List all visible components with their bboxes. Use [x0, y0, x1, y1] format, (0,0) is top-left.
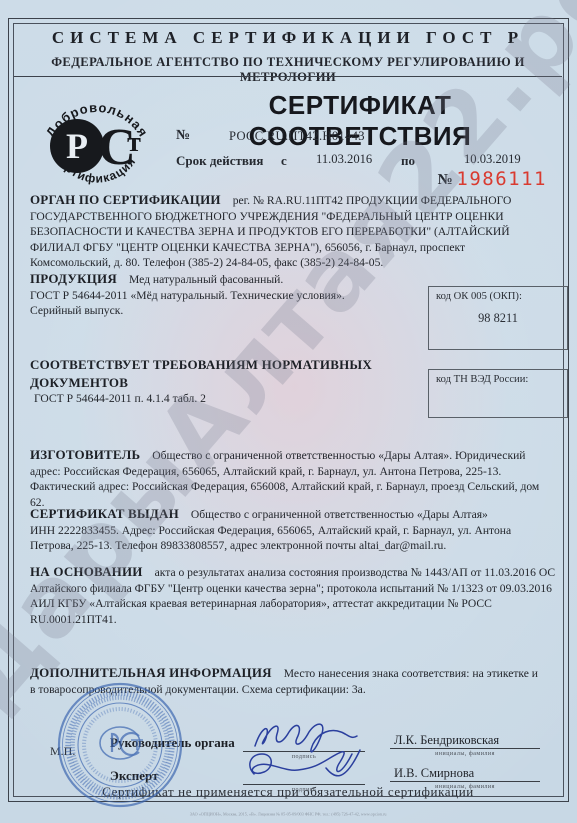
- conformity-text: ГОСТ Р 54644-2011 п. 4.1.4 табл. 2: [30, 391, 422, 407]
- cert-number-value: РОСС RU.ПТ42.Н01443: [229, 129, 365, 144]
- validity-from-date: 11.03.2016: [316, 152, 372, 167]
- blank-number-value: 1986111: [456, 168, 547, 190]
- product-line3: Серийный выпуск.: [30, 303, 422, 319]
- issued-to-line2: ИНН 2222833455. Адрес: Российская Федера…: [30, 523, 552, 554]
- okp-code-label: код ОК 005 (ОКП):: [429, 287, 567, 302]
- tnved-code-label: код ТН ВЭД России:: [429, 370, 567, 385]
- cert-number-label: №: [176, 128, 190, 144]
- conformity-label: СООТВЕТСТВУЕТ ТРЕБОВАНИЯМ НОРМАТИВНЫХ ДО…: [30, 357, 372, 390]
- header-agency: ФЕДЕРАЛЬНОЕ АГЕНТСТВО ПО ТЕХНИЧЕСКОМУ РЕ…: [14, 55, 562, 85]
- validity-from-prep: с: [281, 153, 287, 169]
- header-system-title: СИСТЕМА СЕРТИФИКАЦИИ ГОСТ Р: [14, 28, 562, 48]
- logo-letter-r: Р: [66, 126, 88, 166]
- blank-number: № 1986111: [438, 168, 547, 190]
- section-manufacturer: ИЗГОТОВИТЕЛЬОбщество с ограниченной отве…: [30, 446, 552, 510]
- okp-code-value: 98 8211: [429, 302, 567, 326]
- tnved-code-box: код ТН ВЭД России:: [428, 369, 568, 418]
- blank-number-label: №: [438, 172, 453, 188]
- product-label: ПРОДУКЦИЯ: [30, 271, 117, 286]
- okp-code-box: код ОК 005 (ОКП): 98 8211: [428, 286, 568, 350]
- printer-fine-print-text: ЗАО «ОПЦИОН», Москва, 2015, «В». Лицензи…: [190, 812, 387, 817]
- name-caption-head: инициалы, фамилия: [390, 751, 540, 757]
- basis-label: НА ОСНОВАНИИ: [30, 564, 143, 579]
- section-issued-to: СЕРТИФИКАТ ВЫДАНОбщество с ограниченной …: [30, 505, 552, 554]
- certificate-page: СИСТЕМА СЕРТИФИКАЦИИ ГОСТ Р ФЕДЕРАЛЬНОЕ …: [0, 0, 577, 823]
- signature-line-expert: [243, 766, 365, 785]
- product-line2: ГОСТ Р 54644-2011 «Мёд натуральный. Техн…: [30, 288, 422, 304]
- validity-to-prep: по: [401, 153, 415, 169]
- name-line-head: [390, 731, 540, 749]
- rst-voluntary-certification-mark-icon: Добровольная сертификация Р С т: [33, 84, 161, 198]
- section-basis: НА ОСНОВАНИИакта о результатах анализа с…: [30, 563, 556, 627]
- section-conformity: СООТВЕТСТВУЕТ ТРЕБОВАНИЯМ НОРМАТИВНЫХ ДО…: [30, 356, 422, 407]
- signature-line-head: [243, 733, 365, 752]
- validity-to-date: 10.03.2019: [464, 152, 521, 167]
- logo-letter-t: т: [127, 127, 141, 158]
- section-certification-body: ОРГАН ПО СЕРТИФИКАЦИИрег. № RA.RU.11ПТ42…: [30, 191, 548, 271]
- name-line-expert: [390, 764, 540, 782]
- header-divider: [14, 76, 562, 77]
- certification-round-stamp-icon: [55, 680, 185, 810]
- validity-label: Срок действия: [176, 153, 263, 169]
- issued-to-label: СЕРТИФИКАТ ВЫДАН: [30, 506, 179, 521]
- issued-to-line1: Общество с ограниченной ответственностью…: [191, 508, 488, 521]
- section-product: ПРОДУКЦИЯМед натуральный фасованный. ГОС…: [30, 270, 422, 319]
- signature-caption-head: подпись: [243, 754, 365, 760]
- manufacturer-label: ИЗГОТОВИТЕЛЬ: [30, 447, 140, 462]
- additional-info-label: ДОПОЛНИТЕЛЬНАЯ ИНФОРМАЦИЯ: [30, 665, 272, 680]
- certification-body-label: ОРГАН ПО СЕРТИФИКАЦИИ: [30, 192, 221, 207]
- tnved-code-value: [429, 385, 567, 394]
- product-line1: Мед натуральный фасованный.: [129, 273, 283, 286]
